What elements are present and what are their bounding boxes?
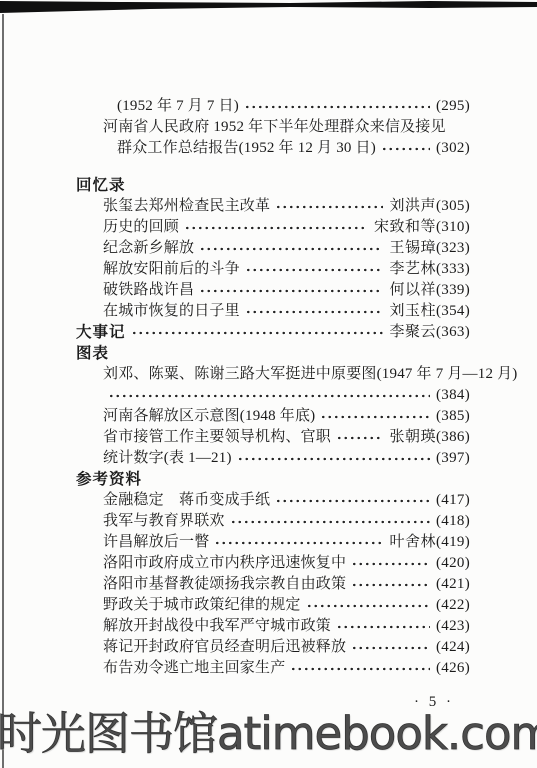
toc-entry-title: 河南各解放区示意图(1948 年底) [103,409,315,424]
toc-entry-author: 王锡璋 [389,241,436,256]
dot-leader [199,289,383,293]
toc-entry-page: (418) [436,514,470,529]
toc-entry: 破铁路战许昌何以祥(339) [76,280,470,301]
toc-section-header: 图表 [76,343,470,364]
toc-entry-title: 破铁路战许昌 [103,283,194,298]
toc-section-header: 大事记李聚云(363) [76,322,470,343]
dot-leader [184,226,368,230]
toc-entry-page: (397) [436,451,470,466]
toc-entry-page: (417) [436,493,470,508]
toc-entry: 历史的回顾宋致和等(310) [76,217,470,238]
toc-entry-author: 张朝瑛 [389,430,436,445]
toc-entry: 布告劝令逃亡地主回家生产(426) [76,658,470,679]
toc-entry-author: 宋致和等 [374,220,436,235]
toc-entry-page: (419) [436,535,470,550]
toc-entry: 在城市恢复的日子里刘玉柱(354) [76,301,470,322]
toc-entry: 河南各解放区示意图(1948 年底)(385) [76,406,470,427]
toc-section-header: 参考资料 [76,469,470,490]
dot-leader [336,436,383,440]
toc-entry-page: (339) [436,283,470,298]
toc-entry: 我军与教育界联欢(418) [76,511,470,532]
toc-entry-title: 历史的回顾 [103,220,179,235]
dot-leader [244,105,430,109]
toc-entry: (384) [76,385,470,406]
toc-entry: 统计数字(表 1—21)(397) [76,448,470,469]
toc-entry-title: 省市接管工作主要领导机构、官职 [103,430,331,445]
scan-top-edge [0,0,537,16]
toc-entry-page: (295) [436,99,470,114]
dot-leader [131,331,384,335]
toc-entry: 金融稳定 蒋币变成手纸(417) [76,490,470,511]
toc-entry: 蒋记开封政府官员经查明后迅被释放(424) [76,637,470,658]
dot-leader [108,394,430,398]
toc-entry-page: (423) [436,619,470,634]
toc-entry-title: 野政关于城市政策纪律的规定 [103,598,301,613]
toc-entry-title: 群众工作总结报告(1952 年 12 月 30 日) [117,141,376,156]
toc-entry-title: (1952 年 7 月 7 日) [117,99,239,114]
scanned-page: (1952 年 7 月 7 日)(295)河南省人民政府 1952 年下半年处理… [0,0,537,768]
toc-entry-page: (323) [436,241,470,256]
toc-entry-author: 叶舍林 [389,535,436,550]
dot-leader [230,520,430,524]
toc-entry-title: 解放开封战役中我军严守城市政策 [103,619,331,634]
toc-entry-title: 蒋记开封政府官员经查明后迅被释放 [103,640,346,655]
toc-entry-page: (424) [436,640,470,655]
toc-entry: 纪念新乡解放王锡璋(323) [76,238,470,259]
dot-leader [199,247,383,251]
dot-leader [306,604,430,608]
toc-entry: 河南省人民政府 1952 年下半年处理群众来信及接见 [76,117,470,138]
toc-entry-page: (420) [436,556,470,571]
toc-entry-title: 河南省人民政府 1952 年下半年处理群众来信及接见 [103,120,446,135]
toc-entry-page: (302) [436,141,470,156]
toc-entry-page: (363) [436,325,470,340]
toc-entry-title: 许昌解放后一瞥 [103,535,209,550]
toc-section-header: 回忆录 [76,175,470,196]
toc-entry-page: (305) [436,199,470,214]
toc-entry: 洛阳市基督教徒颂扬我宗教自由政策(421) [76,574,470,595]
toc-entry-author: 李艺林 [389,262,436,277]
toc-entry-title: 解放安阳前后的斗争 [103,262,240,277]
toc-entry-page: (386) [436,430,470,445]
toc-entry-title: 大事记 [76,325,126,341]
toc-entry: 解放开封战役中我军严守城市政策(423) [76,616,470,637]
toc-entry: 洛阳市政府成立市内秩序迅速恢复中(420) [76,553,470,574]
toc-entry-page: (422) [436,598,470,613]
toc-entry-page: (354) [436,304,470,319]
dot-leader [351,562,430,566]
toc-entry-title: 参考资料 [76,472,142,488]
dot-leader [381,147,430,151]
toc-entry-author: 李聚云 [389,325,436,340]
dot-leader [237,457,430,461]
toc-entry-page: (421) [436,577,470,592]
toc-entry-title: 回忆录 [76,178,126,194]
toc-entry: 野政关于城市政策纪律的规定(422) [76,595,470,616]
dot-leader [275,205,383,209]
toc-entry-page: (384) [436,388,470,403]
dot-leader [245,310,384,314]
dot-leader [351,646,430,650]
toc-entry-title: 我军与教育界联欢 [103,514,225,529]
toc-entry: 刘邓、陈粟、陈谢三路大军挺进中原要图(1947 年 7 月—12 月) [76,364,470,385]
toc-entry-title: 在城市恢复的日子里 [103,304,240,319]
dot-leader [351,583,430,587]
dot-leader [336,625,430,629]
toc-entry: 群众工作总结报告(1952 年 12 月 30 日)(302) [76,138,470,159]
toc-entry: 许昌解放后一瞥叶舍林(419) [76,532,470,553]
toc-entry-page: (426) [436,661,470,676]
watermark: 时光图书馆atimebook.com [0,708,537,760]
toc-entry-title: 金融稳定 蒋币变成手纸 [103,493,270,508]
toc-entry: 省市接管工作主要领导机构、官职张朝瑛(386) [76,427,470,448]
dot-leader [320,415,430,419]
toc-entry-title: 洛阳市政府成立市内秩序迅速恢复中 [103,556,346,571]
dot-leader [214,541,383,545]
toc-entry-author: 刘玉柱 [389,304,436,319]
toc-entry-title: 统计数字(表 1—21) [103,451,232,466]
toc-entry: 张玺去郑州检查民主改革刘洪声(305) [76,196,470,217]
dot-leader [275,499,430,503]
toc-entry-page: (310) [436,220,470,235]
toc-entry-author: 何以祥 [389,283,436,298]
toc-entry-title: 图表 [76,346,109,362]
table-of-contents: (1952 年 7 月 7 日)(295)河南省人民政府 1952 年下半年处理… [0,96,537,679]
toc-entry-page: (385) [436,409,470,424]
dot-leader [290,667,430,671]
toc-entry-title: 刘邓、陈粟、陈谢三路大军挺进中原要图(1947 年 7 月—12 月) [103,367,518,382]
toc-entry-title: 纪念新乡解放 [103,241,194,256]
toc-entry-author: 刘洪声 [389,199,436,214]
toc-entry-title: 张玺去郑州检查民主改革 [103,199,270,214]
toc-entry-page: (333) [436,262,470,277]
toc-entry: (1952 年 7 月 7 日)(295) [76,96,470,117]
toc-entry: 解放安阳前后的斗争李艺林(333) [76,259,470,280]
toc-entry-title: 布告劝令逃亡地主回家生产 [103,661,285,676]
dot-leader [245,268,384,272]
toc-entry-title: 洛阳市基督教徒颂扬我宗教自由政策 [103,577,346,592]
